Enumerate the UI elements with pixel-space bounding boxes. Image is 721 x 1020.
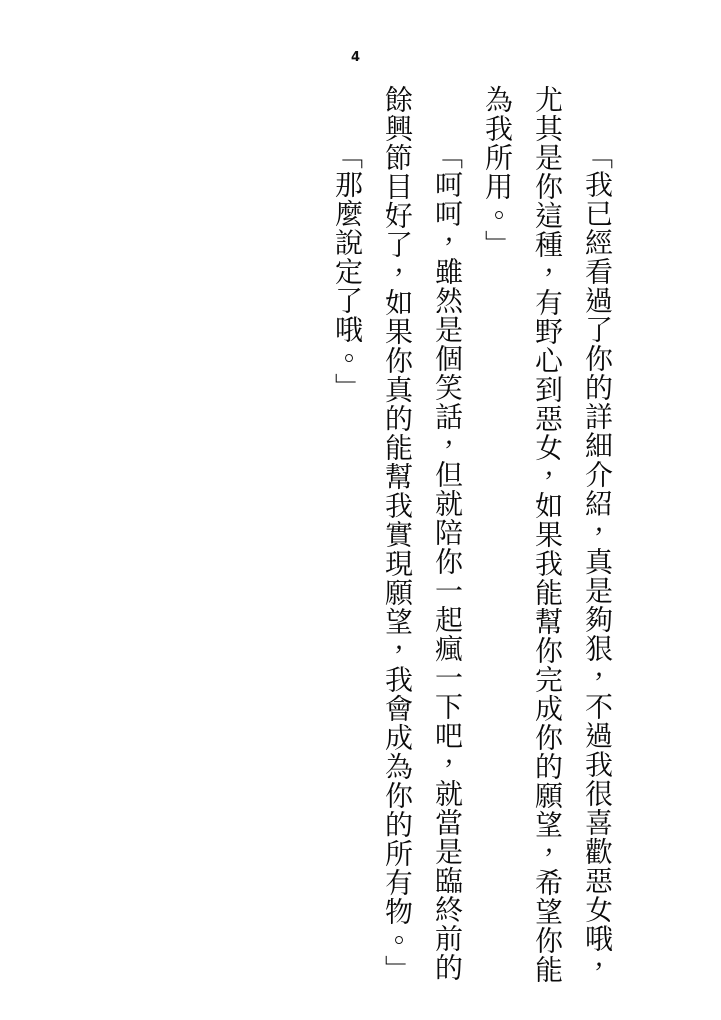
vertical-text-block: 「我已經看過了你的詳細介紹，真是夠狠，不過我很喜歡惡女哦，尤其是你這種，有野心到… xyxy=(281,85,621,985)
dialogue-paragraph-2: 「呵呵，雖然是個笑話，但就陪你一起瘋一下吧，就當是臨終前的餘興節目好了，如果你真… xyxy=(371,85,471,985)
dialogue-paragraph-3: 「那麼說定了哦。」 xyxy=(321,85,371,985)
dialogue-paragraph-1: 「我已經看過了你的詳細介紹，真是夠狠，不過我很喜歡惡女哦，尤其是你這種，有野心到… xyxy=(471,85,621,985)
book-page: 4 「我已經看過了你的詳細介紹，真是夠狠，不過我很喜歡惡女哦，尤其是你這種，有野… xyxy=(0,0,721,1020)
page-number: 4 xyxy=(351,50,360,65)
